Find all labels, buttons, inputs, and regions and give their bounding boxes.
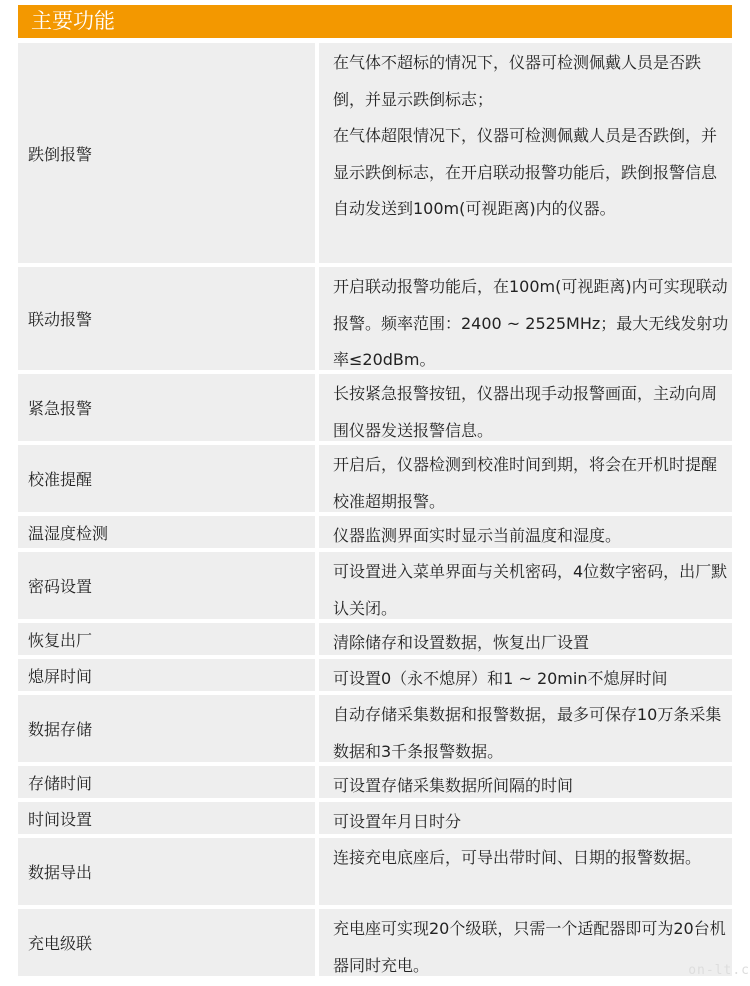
feature-description: 在气体不超标的情况下，仪器可检测佩戴人员是否跌倒，并显示跌倒标志； 在气体超限情… [319, 43, 732, 263]
table-row: 密码设置可设置进入菜单界面与关机密码，4位数字密码，出厂默认关闭。 [18, 552, 732, 619]
table-header: 主要功能 [18, 5, 732, 38]
feature-description: 可设置存储采集数据所间隔的时间 [319, 766, 732, 798]
feature-description: 充电座可实现20个级联，只需一个适配器即可为20台机器同时充电。 [319, 909, 732, 976]
feature-name: 数据导出 [18, 838, 315, 905]
feature-description: 长按紧急报警按钮，仪器出现手动报警画面，主动向周围仪器发送报警信息。 [319, 374, 732, 441]
feature-description: 可设置年月日时分 [319, 802, 732, 834]
feature-name: 恢复出厂 [18, 623, 315, 655]
feature-name: 密码设置 [18, 552, 315, 619]
table-row: 存储时间可设置存储采集数据所间隔的时间 [18, 766, 732, 798]
feature-name: 跌倒报警 [18, 43, 315, 263]
feature-description: 可设置进入菜单界面与关机密码，4位数字密码，出厂默认关闭。 [319, 552, 732, 619]
feature-name: 校准提醒 [18, 445, 315, 512]
table-row: 恢复出厂清除储存和设置数据，恢复出厂设置 [18, 623, 732, 655]
table-row: 充电级联充电座可实现20个级联，只需一个适配器即可为20台机器同时充电。 [18, 909, 732, 976]
watermark: on-lt.c [688, 963, 750, 978]
feature-name: 数据存储 [18, 695, 315, 762]
table-row: 熄屏时间可设置0（永不熄屏）和1 ~ 20min不熄屏时间 [18, 659, 732, 691]
table-body: 跌倒报警在气体不超标的情况下，仪器可检测佩戴人员是否跌倒，并显示跌倒标志； 在气… [18, 43, 732, 976]
feature-description: 连接充电底座后，可导出带时间、日期的报警数据。 [319, 838, 732, 905]
table-row: 跌倒报警在气体不超标的情况下，仪器可检测佩戴人员是否跌倒，并显示跌倒标志； 在气… [18, 43, 732, 263]
feature-name: 温湿度检测 [18, 516, 315, 548]
feature-name: 时间设置 [18, 802, 315, 834]
feature-table: 主要功能 跌倒报警在气体不超标的情况下，仪器可检测佩戴人员是否跌倒，并显示跌倒标… [18, 5, 732, 980]
feature-name: 联动报警 [18, 267, 315, 370]
table-row: 温湿度检测仪器监测界面实时显示当前温度和湿度。 [18, 516, 732, 548]
feature-name: 存储时间 [18, 766, 315, 798]
feature-name: 熄屏时间 [18, 659, 315, 691]
feature-description: 仪器监测界面实时显示当前温度和湿度。 [319, 516, 732, 548]
table-row: 校准提醒开启后，仪器检测到校准时间到期，将会在开机时提醒校准超期报警。 [18, 445, 732, 512]
feature-name: 充电级联 [18, 909, 315, 976]
feature-description: 开启联动报警功能后，在100m(可视距离)内可实现联动报警。频率范围：2400 … [319, 267, 732, 370]
table-row: 联动报警开启联动报警功能后，在100m(可视距离)内可实现联动报警。频率范围：2… [18, 267, 732, 370]
feature-description: 清除储存和设置数据，恢复出厂设置 [319, 623, 732, 655]
feature-description: 自动存储采集数据和报警数据，最多可保存10万条采集数据和3千条报警数据。 [319, 695, 732, 762]
feature-description: 开启后，仪器检测到校准时间到期，将会在开机时提醒校准超期报警。 [319, 445, 732, 512]
feature-name: 紧急报警 [18, 374, 315, 441]
table-row: 数据存储自动存储采集数据和报警数据，最多可保存10万条采集数据和3千条报警数据。 [18, 695, 732, 762]
table-row: 紧急报警长按紧急报警按钮，仪器出现手动报警画面，主动向周围仪器发送报警信息。 [18, 374, 732, 441]
feature-description: 可设置0（永不熄屏）和1 ~ 20min不熄屏时间 [319, 659, 732, 691]
table-row: 时间设置可设置年月日时分 [18, 802, 732, 834]
table-row: 数据导出连接充电底座后，可导出带时间、日期的报警数据。 [18, 838, 732, 905]
